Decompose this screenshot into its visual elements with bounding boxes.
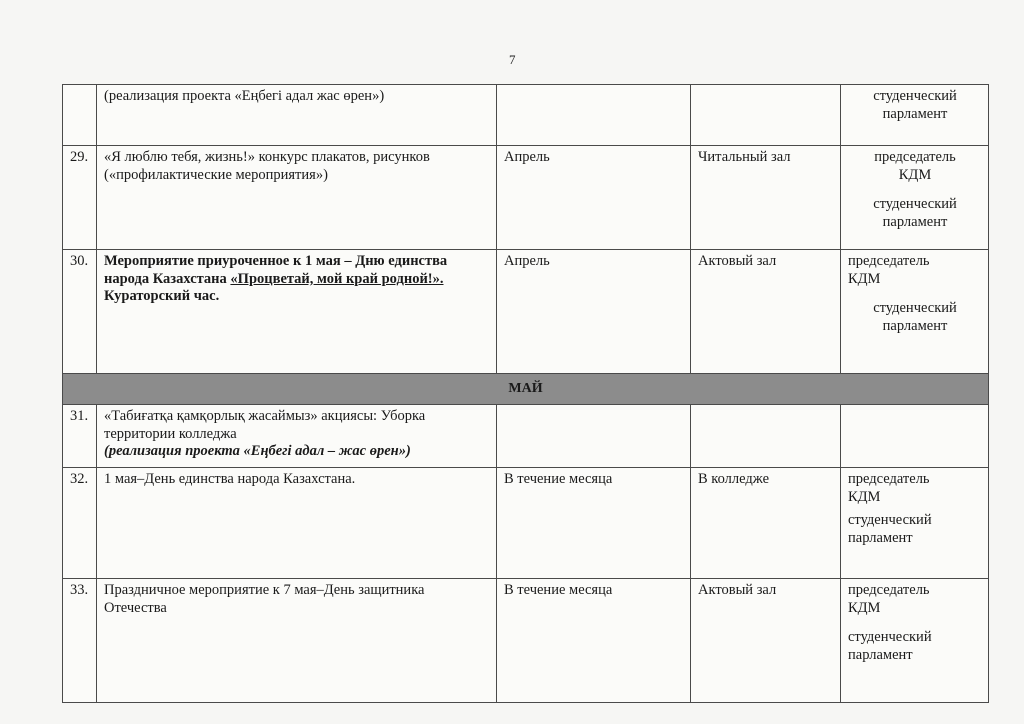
month-header-row: МАЙ [63,374,989,405]
event-text: «Табиғатқа қамқорлық жасаймыз» акциясы: … [104,408,425,442]
responsible-line: председатель [848,253,982,271]
place-cell [691,405,841,468]
row-number: 30. [63,250,97,374]
responsible-line: председатель [848,471,982,489]
event-cell: Мероприятие приуроченное к 1 мая – Дню е… [97,250,497,374]
responsible-line: председатель [848,582,982,600]
responsible-line: студенческий [848,300,982,318]
table-row: 33. Праздничное мероприятие к 7 мая–День… [63,579,989,703]
responsible-line: КДМ [848,600,982,618]
spacer [848,184,982,196]
place-cell: В колледже [691,468,841,579]
month-header-may: МАЙ [63,374,989,405]
responsible-line: парламент [848,530,982,548]
event-cell: (реализация проекта «Еңбегі адал жас өре… [97,85,497,146]
responsible-cell: председатель КДМ студенческий парламент [841,468,989,579]
place-cell: Читальный зал [691,146,841,250]
place-cell: Актовый зал [691,579,841,703]
row-number: 31. [63,405,97,468]
event-cell: «Я люблю тебя, жизнь!» конкурс плакатов,… [97,146,497,250]
row-number [63,85,97,146]
responsible-cell: председатель КДМ студенческий парламент [841,250,989,374]
responsible-line: студенческий [848,512,982,530]
responsible-line: КДМ [848,271,982,289]
responsible-line: КДМ [848,489,982,507]
responsible-line: студенческий [848,196,982,214]
row-number: 33. [63,579,97,703]
spacer [848,288,982,300]
responsible-line: парламент [848,318,982,336]
event-project-note: (реализация проекта «Еңбегі адал – жас ө… [104,443,411,459]
event-cell: Праздничное мероприятие к 7 мая–День защ… [97,579,497,703]
responsible-line: студенческий [848,88,982,106]
responsible-cell: председатель КДМ студенческий парламент [841,579,989,703]
place-cell [691,85,841,146]
event-plan-table: (реализация проекта «Еңбегі адал жас өре… [62,84,989,703]
responsible-line: парламент [848,106,982,124]
responsible-cell: студенческий парламент [841,85,989,146]
responsible-line: председатель [848,149,982,167]
responsible-line: КДМ [848,167,982,185]
table-row: 30. Мероприятие приуроченное к 1 мая – Д… [63,250,989,374]
date-cell: Апрель [497,250,691,374]
responsible-cell [841,405,989,468]
event-text: Кураторский час. [104,288,219,304]
date-cell: В течение месяца [497,468,691,579]
date-cell: Апрель [497,146,691,250]
responsible-line: парламент [848,647,982,665]
row-number: 29. [63,146,97,250]
responsible-cell: председатель КДМ студенческий парламент [841,146,989,250]
responsible-line: парламент [848,214,982,232]
table-row: 32. 1 мая–День единства народа Казахстан… [63,468,989,579]
spacer [848,617,982,629]
event-slogan: «Процветай, мой край родной!». [230,271,443,287]
row-number: 32. [63,468,97,579]
table-row: (реализация проекта «Еңбегі адал жас өре… [63,85,989,146]
event-cell: 1 мая–День единства народа Казахстана. [97,468,497,579]
page-number: 7 [509,52,516,68]
event-cell: «Табиғатқа қамқорлық жасаймыз» акциясы: … [97,405,497,468]
date-cell: В течение месяца [497,579,691,703]
place-cell: Актовый зал [691,250,841,374]
table-row: 31. «Табиғатқа қамқорлық жасаймыз» акция… [63,405,989,468]
table-row: 29. «Я люблю тебя, жизнь!» конкурс плака… [63,146,989,250]
date-cell [497,405,691,468]
responsible-line: студенческий [848,629,982,647]
date-cell [497,85,691,146]
